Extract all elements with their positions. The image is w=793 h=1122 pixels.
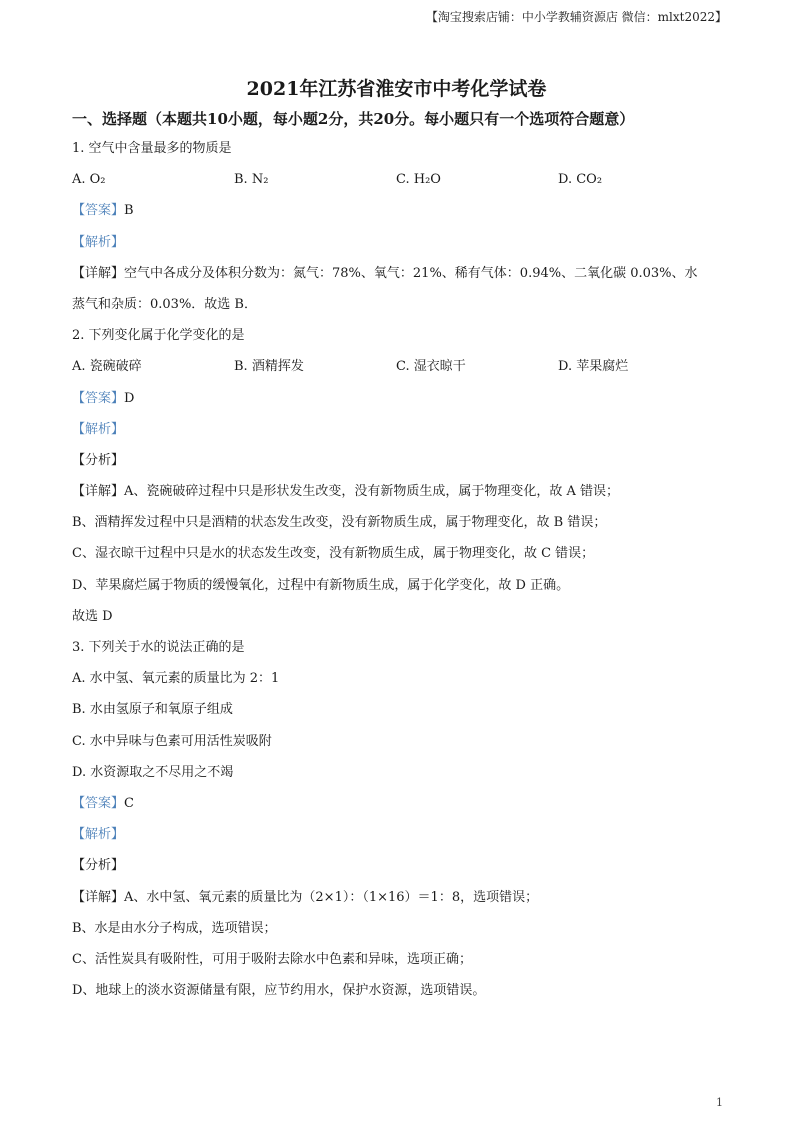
detail-line: B、酒精挥发过程中只是酒精的状态发生改变，没有新物质生成，属于物理变化，故 B … <box>72 512 732 543</box>
option-row: A. O₂ B. N₂ C. H₂O D. CO₂ <box>72 169 732 200</box>
answer-line: 【答案】C <box>72 793 732 824</box>
page-title: 2021年江苏省淮安市中考化学试卷 <box>0 74 793 101</box>
detail-line: D、苹果腐烂属于物质的缓慢氧化，过程中有新物质生成，属于化学变化，故 D 正确。 <box>72 575 732 606</box>
detail-line: C、活性炭具有吸附性，可用于吸附去除水中色素和异味，选项正确； <box>72 949 732 980</box>
answer-line: 【答案】D <box>72 388 732 419</box>
detail-text: A、水中氢、氧元素的质量比为（2×1）：（1×16）＝1：8，选项错误； <box>124 890 538 905</box>
answer-value: D <box>124 391 134 406</box>
option-c: C. 水中异味与色素可用活性炭吸附 <box>72 731 732 762</box>
header-watermark-note: 【淘宝搜索店铺：中小学教辅资源店 微信：mlxt2022】 <box>426 8 727 25</box>
detail-label: 【详解】 <box>72 484 124 499</box>
option-a: A. 水中氢、氧元素的质量比为 2：1 <box>72 668 732 699</box>
option-b: B. 酒精挥发 <box>234 356 396 387</box>
answer-line: 【答案】B <box>72 200 732 231</box>
jiexi-label: 【解析】 <box>72 232 732 263</box>
question-stem: 3. 下列关于水的说法正确的是 <box>72 637 732 668</box>
detail-line: 【详解】A、水中氢、氧元素的质量比为（2×1）：（1×16）＝1：8，选项错误； <box>72 887 732 918</box>
option-a: A. O₂ <box>72 169 234 200</box>
question-stem: 1. 空气中含量最多的物质是 <box>72 138 732 169</box>
option-row: A. 瓷碗破碎 B. 酒精挥发 C. 湿衣晾干 D. 苹果腐烂 <box>72 356 732 387</box>
detail-line: D、地球上的淡水资源储量有限，应节约用水，保护水资源，选项错误。 <box>72 980 732 1011</box>
detail-line: 蒸气和杂质：0.03%．故选 B． <box>72 294 732 325</box>
answer-label: 【答案】 <box>72 391 124 406</box>
answer-value: B <box>124 203 134 218</box>
detail-line: 【详解】A、瓷碗破碎过程中只是形状发生改变，没有新物质生成，属于物理变化，故 A… <box>72 481 732 512</box>
detail-line: 【详解】空气中各成分及体积分数为：氮气：78%、氧气：21%、稀有气体：0.94… <box>72 263 732 294</box>
option-d: D. CO₂ <box>558 169 720 200</box>
question-stem: 2. 下列变化属于化学变化的是 <box>72 325 732 356</box>
section-heading: 一、选择题（本题共10小题，每小题2分，共20分。每小题只有一个选项符合题意） <box>72 108 634 129</box>
detail-label: 【详解】 <box>72 266 124 281</box>
jiexi-label: 【解析】 <box>72 824 732 855</box>
option-b: B. 水由氢原子和氧原子组成 <box>72 699 732 730</box>
option-d: D. 水资源取之不尽用之不竭 <box>72 762 732 793</box>
option-c: C. 湿衣晾干 <box>396 356 558 387</box>
detail-line: B、水是由水分子构成，选项错误； <box>72 918 732 949</box>
option-c: C. H₂O <box>396 169 558 200</box>
detail-line: 故选 D <box>72 606 732 637</box>
detail-text: A、瓷碗破碎过程中只是形状发生改变，没有新物质生成，属于物理变化，故 A 错误； <box>124 484 619 499</box>
detail-text: 空气中各成分及体积分数为：氮气：78%、氧气：21%、稀有气体：0.94%、二氧… <box>124 266 698 281</box>
answer-label: 【答案】 <box>72 203 124 218</box>
answer-value: C <box>124 796 134 811</box>
answer-label: 【答案】 <box>72 796 124 811</box>
jiexi-label: 【解析】 <box>72 419 732 450</box>
option-d: D. 苹果腐烂 <box>558 356 720 387</box>
detail-line: C、湿衣晾干过程中只是水的状态发生改变，没有新物质生成，属于物理变化，故 C 错… <box>72 543 732 574</box>
detail-label: 【详解】 <box>72 890 124 905</box>
option-a: A. 瓷碗破碎 <box>72 356 234 387</box>
page-number: 1 <box>716 1096 723 1109</box>
document-body: 1. 空气中含量最多的物质是 A. O₂ B. N₂ C. H₂O D. CO₂… <box>72 138 732 1011</box>
option-b: B. N₂ <box>234 169 396 200</box>
fenxi-label: 【分析】 <box>72 450 732 481</box>
fenxi-label: 【分析】 <box>72 855 732 886</box>
